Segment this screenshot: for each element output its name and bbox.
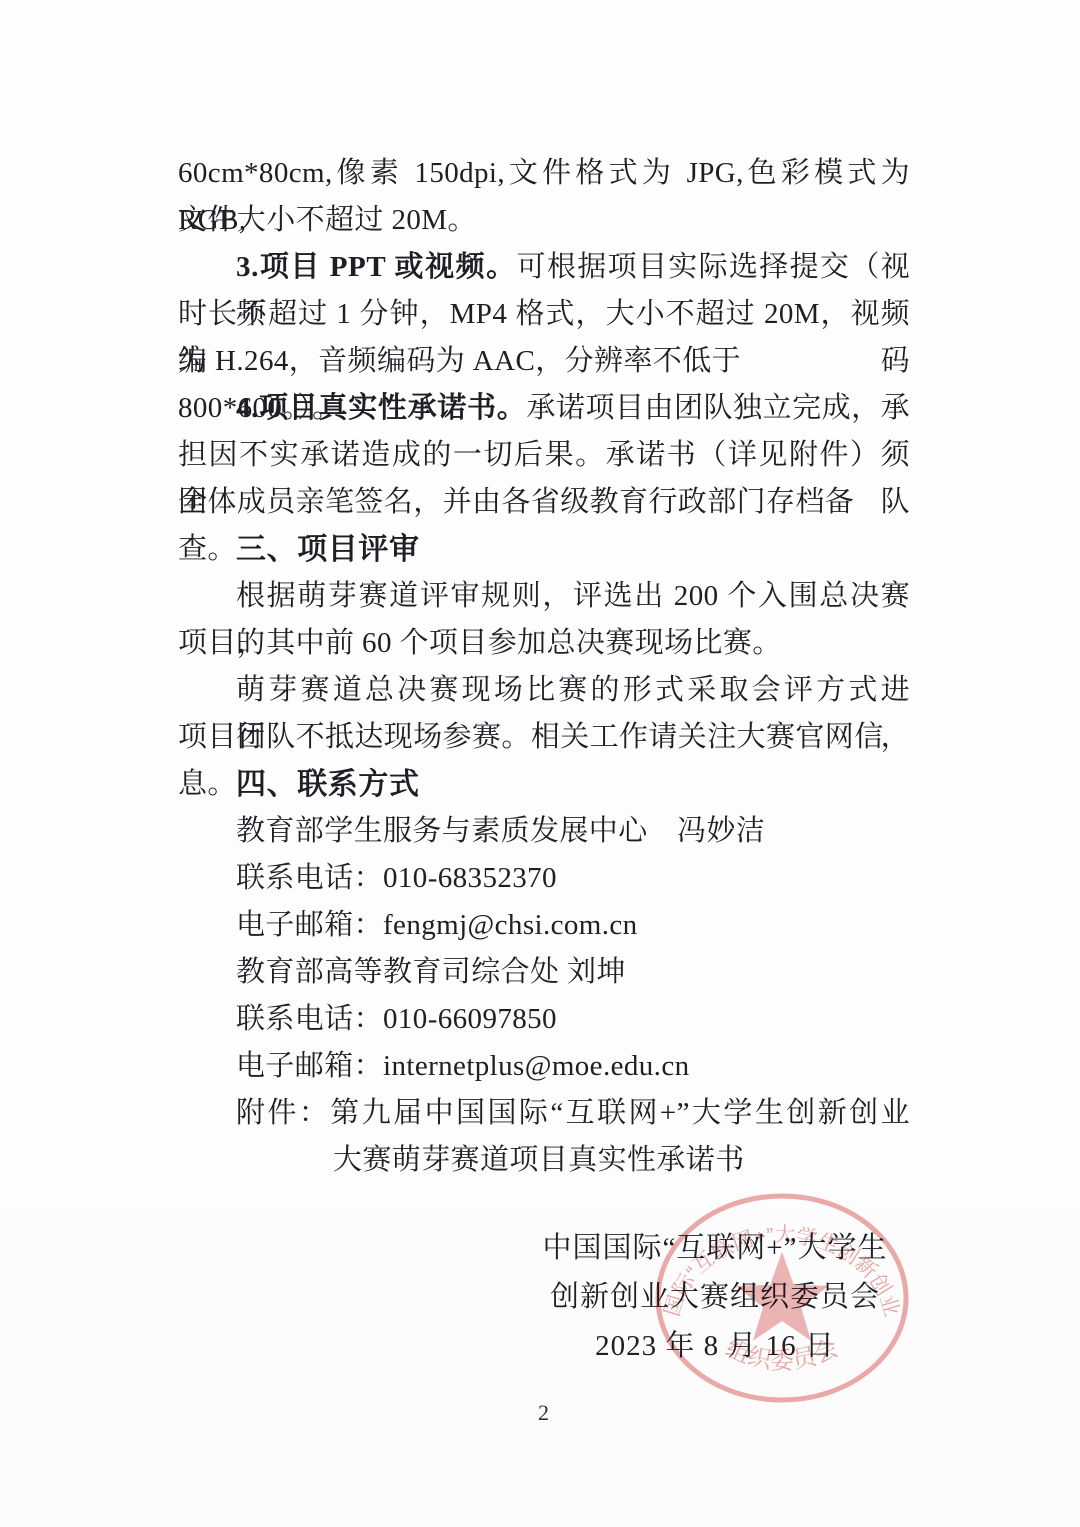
- body-line: 教育部高等教育司综合处 刘坤: [178, 949, 910, 996]
- body-line: 3.项目 PPT 或视频。可根据项目实际选择提交（视频: [178, 244, 910, 291]
- body-line: 项目，其中前 60 个项目参加总决赛现场比赛。: [178, 620, 910, 667]
- body-line: 电子邮箱：fengmj@chsi.com.cn: [178, 902, 910, 949]
- section-heading: 四、联系方式: [178, 761, 910, 808]
- body-text: 联系电话：010-66097850: [236, 1003, 557, 1035]
- body-text: 教育部学生服务与素质发展中心 冯妙洁: [236, 815, 765, 847]
- signature-date: 2023 年 8 月 16 日: [505, 1322, 925, 1371]
- bold-lead-text: 三、项目评审: [236, 533, 420, 566]
- signature-org-line-1: 中国国际“互联网+”大学生: [505, 1224, 925, 1273]
- body-line: 附件：第九届中国国际“互联网+”大学生创新创业: [178, 1090, 910, 1137]
- body-line: 电子邮箱：internetplus@moe.edu.cn: [178, 1043, 910, 1090]
- body-text: 附件：第九届中国国际“互联网+”大学生创新创业: [236, 1097, 910, 1129]
- body-line: 担因不实承诺造成的一切后果。承诺书（详见附件）须团队: [178, 432, 910, 479]
- signature-block: 中国国际“互联网+”大学生 创新创业大赛组织委员会 2023 年 8 月 16 …: [505, 1224, 925, 1371]
- body-text: 承诺项目由团队独立完成，承: [526, 392, 910, 424]
- body-line: 大赛萌芽赛道项目真实性承诺书: [178, 1137, 910, 1184]
- body-line: 根据萌芽赛道评审规则，评选出 200 个入围总决赛的: [178, 573, 910, 620]
- document-body: 60cm*80cm,像素 150dpi,文件格式为 JPG,色彩模式为 RGB,…: [178, 150, 910, 1184]
- document-page: 60cm*80cm,像素 150dpi,文件格式为 JPG,色彩模式为 RGB,…: [0, 0, 1080, 1527]
- signature-org-line-2: 创新创业大赛组织委员会: [505, 1273, 925, 1322]
- bold-lead-text: 3.项目 PPT 或视频。: [236, 251, 517, 283]
- body-text: 大赛萌芽赛道项目真实性承诺书: [333, 1144, 745, 1176]
- body-line: 萌芽赛道总决赛现场比赛的形式采取会评方式进行，: [178, 667, 910, 714]
- body-line: 文件大小不超过 20M。: [178, 197, 910, 244]
- body-line: 时长不超过 1 分钟，MP4 格式，大小不超过 20M，视频编码: [178, 291, 910, 338]
- body-text: 电子邮箱：fengmj@chsi.com.cn: [236, 909, 638, 941]
- bold-lead-text: 四、联系方式: [236, 768, 420, 801]
- body-line: 全体成员亲笔签名，并由各省级教育行政部门存档备查。: [178, 479, 910, 526]
- body-line: 项目团队不抵达现场参赛。相关工作请关注大赛官网信息。: [178, 714, 910, 761]
- body-text: 文件大小不超过 20M。: [178, 204, 477, 236]
- body-text: 电子邮箱：internetplus@moe.edu.cn: [236, 1050, 690, 1082]
- body-line: 联系电话：010-66097850: [178, 996, 910, 1043]
- page-number: 2: [538, 1400, 549, 1426]
- body-line: 60cm*80cm,像素 150dpi,文件格式为 JPG,色彩模式为 RGB,: [178, 150, 910, 197]
- body-text: 联系电话：010-68352370: [236, 862, 557, 894]
- body-line: 联系电话：010-68352370: [178, 855, 910, 902]
- body-line: 4.项目真实性承诺书。承诺项目由团队独立完成，承: [178, 385, 910, 432]
- section-heading: 三、项目评审: [178, 526, 910, 573]
- body-text: 教育部高等教育司综合处 刘坤: [236, 956, 626, 988]
- body-line: 教育部学生服务与素质发展中心 冯妙洁: [178, 808, 910, 855]
- bold-lead-text: 4.项目真实性承诺书。: [236, 392, 526, 424]
- body-text: 项目，其中前 60 个项目参加总决赛现场比赛。: [178, 627, 782, 659]
